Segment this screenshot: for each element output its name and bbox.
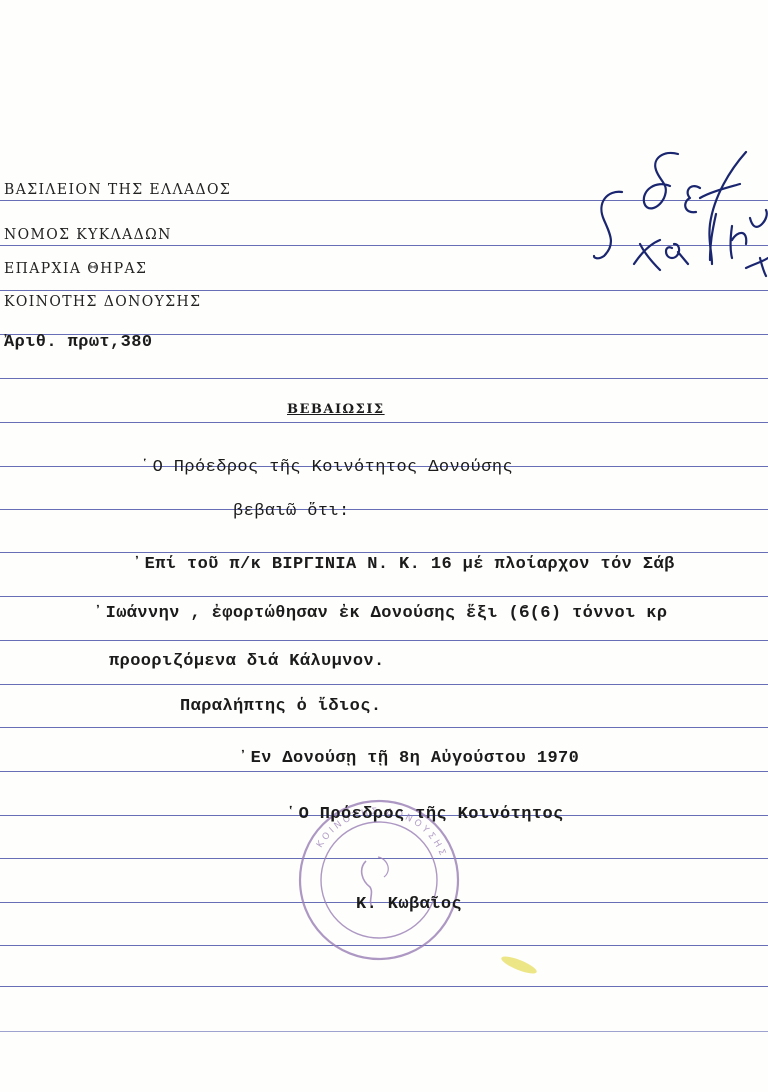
ruled-line bbox=[0, 986, 768, 987]
body-line-3: προοριζόμενα διά Κάλυμνον. bbox=[109, 652, 385, 671]
body-intro: ῾Ο Πρόεδρος τῆς Κοινότητος Δονούσης bbox=[142, 458, 513, 477]
protocol-number: Ἀριθ. πρωτ,380 bbox=[4, 333, 152, 352]
handwritten-note bbox=[560, 140, 768, 290]
document-title: ΒΕΒΑΙΩΣΙΣ bbox=[287, 402, 385, 417]
ruled-line bbox=[0, 640, 768, 641]
ruled-line bbox=[0, 727, 768, 728]
document-page: ΒΑΣΙΛΕΙΟΝ ΤΗΣ ΕΛΛΑΔΟΣ ΝΟΜΟΣ ΚΥΚΛΑΔΩΝ ΕΠΑ… bbox=[0, 0, 768, 1092]
ruled-line bbox=[0, 684, 768, 685]
header-kingdom: ΒΑΣΙΛΕΙΟΝ ΤΗΣ ΕΛΛΑΔΟΣ bbox=[4, 182, 231, 199]
body-line-2: ᾿Ιωάννην , ἐφορτώθησαν ἐκ Δονούσης ἕξι (… bbox=[95, 604, 668, 623]
header-province: ΕΠΑΡΧΙΑ ΘΗΡΑΣ bbox=[4, 261, 147, 278]
body-certifies: βεβαιῶ ὅτι: bbox=[233, 502, 350, 521]
dateline: ᾿Εν Δονούσῃ τῇ 8η Αὐγούστου 1970 bbox=[240, 749, 579, 768]
ruled-line bbox=[0, 290, 768, 291]
signature-role: ῾Ο Πρόεδρος τῆς Κοινότητος bbox=[288, 805, 564, 824]
ruled-line bbox=[0, 1031, 768, 1032]
ruled-line bbox=[0, 771, 768, 772]
paper-stain bbox=[500, 953, 539, 977]
ruled-line bbox=[0, 552, 768, 553]
ruled-line bbox=[0, 596, 768, 597]
body-line-4: Παραλήπτης ὁ ἴδιος. bbox=[180, 697, 381, 716]
header-community: ΚΟΙΝΟΤΗΣ ΔΟΝΟΥΣΗΣ bbox=[4, 294, 201, 311]
signature-name: Κ. Κωβαῖος bbox=[356, 895, 462, 914]
ruled-line bbox=[0, 422, 768, 423]
header-prefecture: ΝΟΜΟΣ ΚΥΚΛΑΔΩΝ bbox=[4, 227, 172, 244]
ruled-line bbox=[0, 509, 768, 510]
body-line-1: ᾿Επί τοῦ π/κ ΒΙΡΓΙΝΙΑ Ν. Κ. 16 μέ πλοίαρ… bbox=[134, 555, 675, 574]
ruled-line bbox=[0, 378, 768, 379]
